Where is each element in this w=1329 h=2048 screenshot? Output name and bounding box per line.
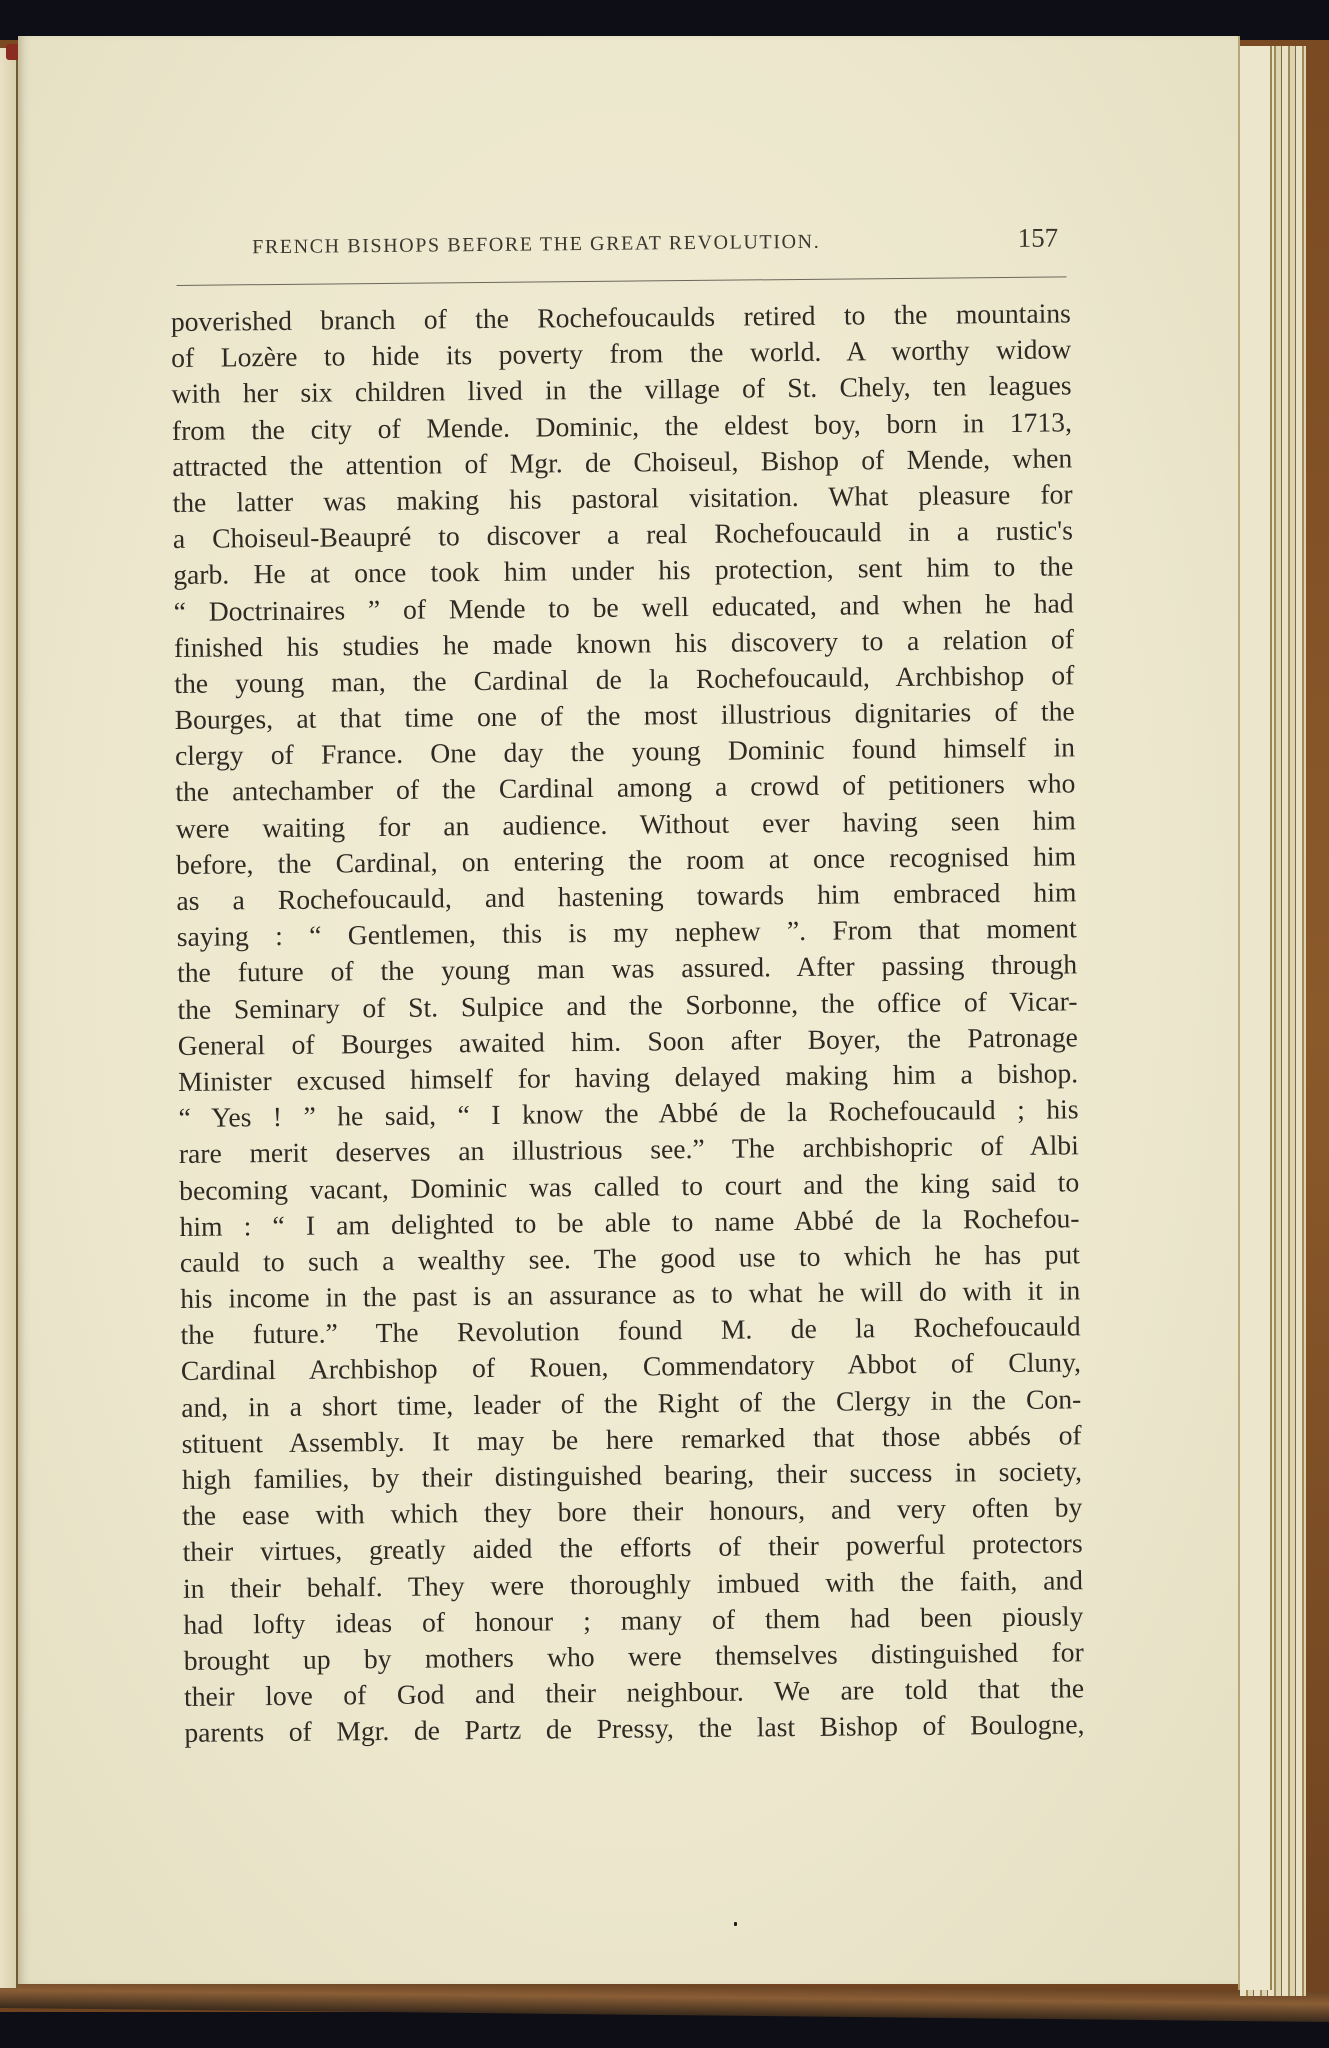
previous-page-edge — [0, 48, 18, 1988]
running-head-title: FRENCH BISHOPS BEFORE THE GREAT REVOLUTI… — [252, 231, 820, 259]
body-text: poverished branch of the Rochefoucaulds … — [171, 295, 1085, 1751]
page-number: 157 — [1017, 222, 1058, 253]
header-rule — [177, 276, 1067, 286]
text-line: parents of Mgr. de Partz de Pressy, the … — [184, 1707, 1084, 1752]
running-head: FRENCH BISHOPS BEFORE THE GREAT REVOLUTI… — [170, 222, 1070, 265]
page-text-block: FRENCH BISHOPS BEFORE THE GREAT REVOLUTI… — [170, 222, 1085, 1751]
next-page-edge — [1238, 46, 1272, 1990]
book-page: FRENCH BISHOPS BEFORE THE GREAT REVOLUTI… — [18, 36, 1240, 1984]
paper-speck — [734, 1922, 737, 1926]
